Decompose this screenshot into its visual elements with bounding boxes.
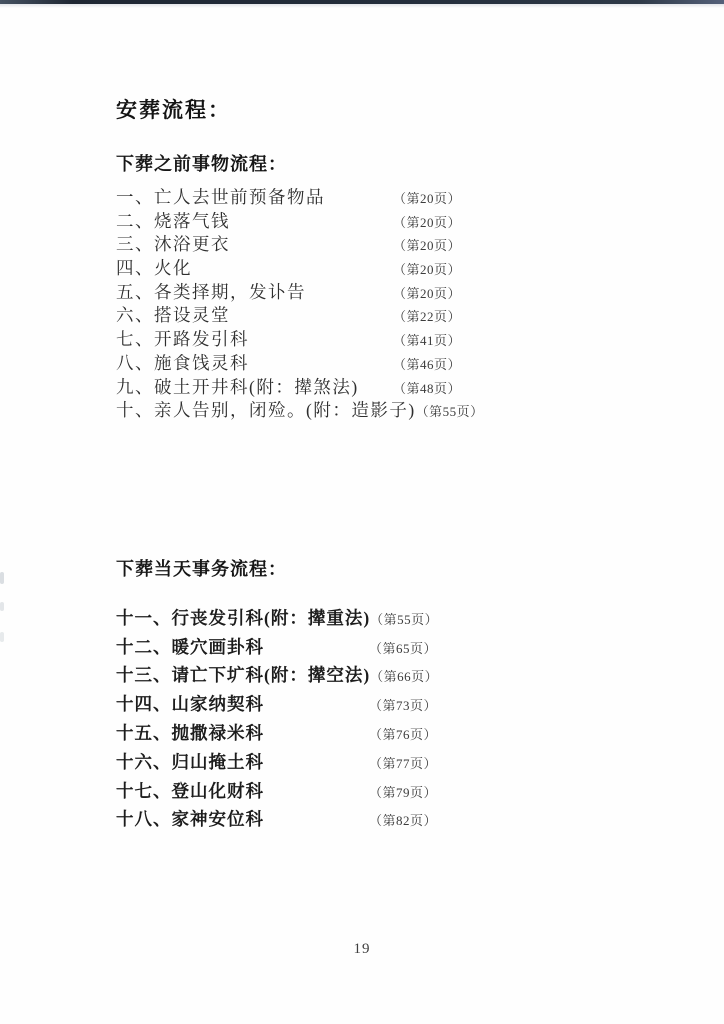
scan-smudge [0,572,4,584]
toc-item-label: 七、开路发引科 [116,326,393,351]
toc-item-label: 一、亡人去世前预备物品 [116,184,393,209]
toc-item-page-ref: （第46页） [393,354,461,373]
toc-item-label: 十、亲人告别，闭殓。(附：造影子) [116,397,416,422]
toc-item: 一、亡人去世前预备物品 （第20页） [116,184,616,208]
section-heading-before-burial: 下葬之前事物流程： [116,153,616,175]
toc-item-page-ref: （第55页） [370,609,438,628]
toc-item-page-ref: （第20页） [393,235,461,254]
toc-item-page-ref: （第73页） [369,695,437,714]
toc-item-label: 六、搭设灵堂 [116,302,393,327]
toc-item-label: 十五、抛撒禄米科 [116,720,369,745]
toc-item-label: 十二、暖穴画卦科 [116,634,369,659]
toc-item: 十七、登山化财科 （第79页） [116,778,616,807]
page-number: 19 [0,941,724,958]
scan-smudge [0,632,4,642]
toc-item-page-ref: （第76页） [369,724,437,743]
toc-item: 十五、抛撒禄米科 （第76页） [116,720,616,749]
toc-item: 七、开路发引科 （第41页） [116,326,616,350]
toc-item-label: 二、烧落气钱 [116,208,393,233]
toc-item: 十一、行丧发引科(附：撵重法) （第55页） [116,605,616,634]
toc-item: 十八、家神安位科 （第82页） [116,806,616,835]
toc-item-label: 十六、归山掩土科 [116,749,369,774]
toc-item: 八、施食饯灵科 （第46页） [116,350,616,374]
toc-item: 十、亲人告别，闭殓。(附：造影子) （第55页） [116,397,616,421]
toc-item-page-ref: （第79页） [369,782,437,801]
toc-item-label: 九、破土开井科(附：撵煞法) [116,374,393,399]
toc-item-label: 十四、山家纳契科 [116,691,369,716]
toc-item-label: 八、施食饯灵科 [116,350,393,375]
toc-item-page-ref: （第22页） [393,306,461,325]
toc-item-label: 十三、请亡下圹科(附：撵空法) [116,662,370,687]
toc-item: 十三、请亡下圹科(附：撵空法) （第66页） [116,662,616,691]
toc-item-label: 十七、登山化财科 [116,778,369,803]
toc-item-page-ref: （第82页） [369,810,437,829]
page-title: 安葬流程： [116,98,616,122]
toc-item-label: 十一、行丧发引科(附：撵重法) [116,605,370,630]
toc-item-page-ref: （第48页） [393,378,461,397]
toc-item-page-ref: （第20页） [393,259,461,278]
toc-item-page-ref: （第55页） [416,401,484,420]
toc-item-page-ref: （第20页） [393,212,461,231]
toc-item: 二、烧落气钱 （第20页） [116,208,616,232]
toc-item-page-ref: （第20页） [393,188,461,207]
toc-item-label: 十八、家神安位科 [116,806,369,831]
toc-item: 十六、归山掩土科 （第77页） [116,749,616,778]
page-content: 安葬流程： 下葬之前事物流程： 一、亡人去世前预备物品 （第20页） 二、烧落气… [116,98,616,835]
toc-list-before-burial: 一、亡人去世前预备物品 （第20页） 二、烧落气钱 （第20页） 三、沐浴更衣 … [116,184,616,421]
section-heading-burial-day: 下葬当天事务流程： [116,558,616,580]
toc-item: 十四、山家纳契科 （第73页） [116,691,616,720]
scan-smudge [0,602,4,611]
toc-item-page-ref: （第20页） [393,283,461,302]
toc-list-burial-day: 十一、行丧发引科(附：撵重法) （第55页） 十二、暖穴画卦科 （第65页） 十… [116,605,616,835]
toc-item: 五、各类择期，发讣告 （第20页） [116,279,616,303]
scanned-document-page: 安葬流程： 下葬之前事物流程： 一、亡人去世前预备物品 （第20页） 二、烧落气… [0,0,724,1024]
toc-item: 十二、暖穴画卦科 （第65页） [116,634,616,663]
toc-item-page-ref: （第66页） [370,666,438,685]
toc-item-label: 五、各类择期，发讣告 [116,279,393,304]
toc-item-label: 三、沐浴更衣 [116,231,393,256]
toc-item: 四、火化 （第20页） [116,255,616,279]
toc-item-page-ref: （第41页） [393,330,461,349]
toc-item-page-ref: （第65页） [369,638,437,657]
toc-item-label: 四、火化 [116,255,393,280]
toc-item-page-ref: （第77页） [369,753,437,772]
toc-item: 九、破土开井科(附：撵煞法) （第48页） [116,374,616,398]
toc-item: 六、搭设灵堂 （第22页） [116,302,616,326]
scan-edge-artifact [0,0,724,4]
toc-item: 三、沐浴更衣 （第20页） [116,231,616,255]
